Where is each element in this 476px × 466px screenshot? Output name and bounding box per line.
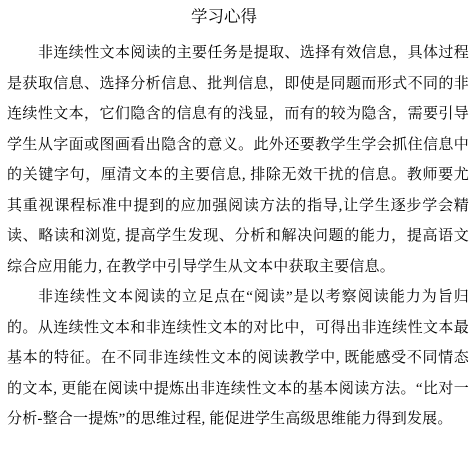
document-page: 学习心得 非连续性文本阅读的主要任务是提取、选择有效信息，具体过程 是获取信息、…: [0, 0, 476, 466]
text-line: 的关键字句，厘清文本的主要信息, 排除无效干扰的信息。教师要尤: [7, 160, 469, 191]
text-line: 非连续性文本阅读的立足点在“阅读”是以考察阅读能力为旨归: [7, 282, 469, 313]
text-line: 的文本, 更能在阅读中提炼出非连续性文本的基本阅读方法。“比对一: [7, 374, 469, 405]
text-line: 读、略读和浏览, 提高学生发现、分析和解决问题的能力，提高语文: [7, 221, 469, 252]
text-line: 综合应用能力, 在教学中引导学生从文本中获取主要信息。: [7, 252, 469, 283]
text-line: 基本的特征。在不同非连续性文本的阅读教学中, 既能感受不同情态: [7, 343, 469, 374]
paragraph-1: 非连续性文本阅读的主要任务是提取、选择有效信息，具体过程 是获取信息、选择分析信…: [7, 38, 469, 282]
text-line: 是获取信息、选择分析信息、批判信息，即使是同题而形式不同的非: [7, 69, 469, 100]
text-line: 的。从连续性文本和非连续性文本的对比中，可得出非连续性文本最: [7, 313, 469, 344]
text-line: 连续性文本，它们隐含的信息有的浅显，而有的较为隐含，需要引导: [7, 99, 469, 130]
paragraph-2: 非连续性文本阅读的立足点在“阅读”是以考察阅读能力为旨归 的。从连续性文本和非连…: [7, 282, 469, 435]
document-title: 学习心得: [7, 2, 469, 32]
text-line: 其重视课程标准中提到的应加强阅读方法的指导,让学生逐步学会精: [7, 191, 469, 222]
text-line: 学生从字面或图画看出隐含的意义。此外还要教学生学会抓住信息中: [7, 130, 469, 161]
text-line: 非连续性文本阅读的主要任务是提取、选择有效信息，具体过程: [7, 38, 469, 69]
text-line: 分析-整合一提炼”的思维过程, 能促进学生高级思维能力得到发展。: [7, 404, 469, 435]
